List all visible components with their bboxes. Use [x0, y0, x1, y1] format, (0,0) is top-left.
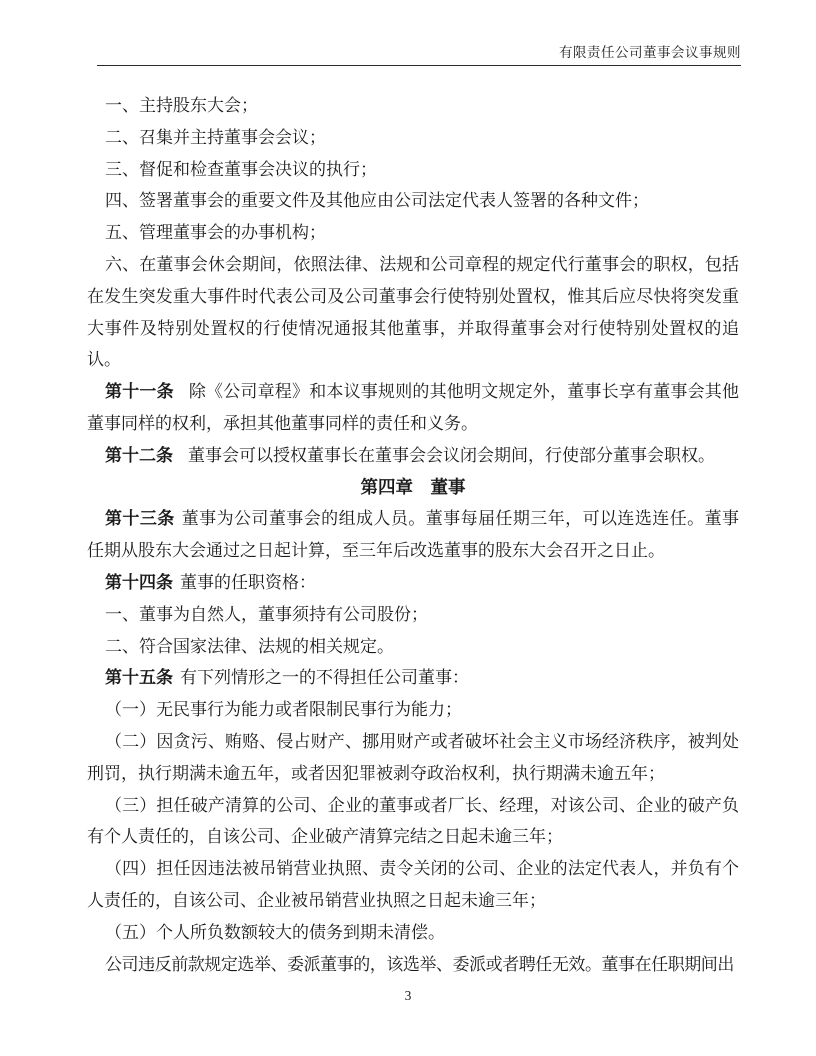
article-14-number: 第十四条	[105, 573, 173, 592]
article-13-number: 第十三条	[105, 509, 175, 528]
article-13: 第十三条董事为公司董事会的组成人员。董事每届任期三年，可以连选连任。董事任期从股…	[87, 503, 739, 567]
article-12-text: 董事会可以授权董事长在董事会会议闭会期间，行使部分董事会职权。	[188, 446, 715, 465]
chapter-heading: 第四章 董事	[87, 472, 739, 504]
document-body: 一、主持股东大会； 二、召集并主持董事会会议； 三、督促和检查董事会决议的执行；…	[87, 90, 739, 980]
article-11-number: 第十一条	[105, 382, 174, 401]
document-page: 有限责任公司董事会议事规则 一、主持股东大会； 二、召集并主持董事会会议； 三、…	[0, 0, 816, 1056]
article-15: 第十五条有下列情形之一的不得担任公司董事：	[87, 662, 739, 694]
duty-item-6: 六、在董事会休会期间，依照法律、法规和公司章程的规定代行董事会的职权，包括在发生…	[87, 249, 739, 376]
page-number: 3	[405, 988, 412, 1003]
clause-3: （三）担任破产清算的公司、企业的董事或者厂长、经理，对该公司、企业的破产负有个人…	[87, 790, 739, 854]
article-11: 第十一条除《公司章程》和本议事规则的其他明文规定外，董事长享有董事会其他董事同样…	[87, 376, 739, 440]
article-14: 第十四条董事的任职资格：	[87, 567, 739, 599]
duty-item-3: 三、督促和检查董事会决议的执行；	[87, 154, 739, 186]
duty-item-4: 四、签署董事会的重要文件及其他应由公司法定代表人签署的各种文件；	[87, 185, 739, 217]
article-15-text: 有下列情形之一的不得担任公司董事：	[180, 668, 469, 687]
clause-2: （二）因贪污、贿赂、侵占财产、挪用财产或者破坏社会主义市场经济秩序，被判处刑罚，…	[87, 726, 739, 790]
page-footer: 3	[0, 988, 816, 1004]
page-header: 有限责任公司董事会议事规则	[97, 43, 741, 66]
qualification-item-1: 一、董事为自然人，董事须持有公司股份；	[87, 599, 739, 631]
article-15-number: 第十五条	[105, 668, 173, 687]
qualification-item-2: 二、符合国家法律、法规的相关规定。	[87, 631, 739, 663]
article-12-number: 第十二条	[105, 446, 173, 465]
clause-4: （四）担任因违法被吊销营业执照、责令关闭的公司、企业的法定代表人，并负有个人责任…	[87, 853, 739, 917]
closing-paragraph: 公司违反前款规定选举、委派董事的，该选举、委派或者聘任无效。董事在任职期间出	[87, 949, 739, 981]
article-12: 第十二条董事会可以授权董事长在董事会会议闭会期间，行使部分董事会职权。	[87, 440, 739, 472]
duty-item-2: 二、召集并主持董事会会议；	[87, 122, 739, 154]
header-title: 有限责任公司董事会议事规则	[559, 45, 741, 60]
clause-5: （五）个人所负数额较大的债务到期未清偿。	[87, 917, 739, 949]
article-11-text: 除《公司章程》和本议事规则的其他明文规定外，董事长享有董事会其他董事同样的权利，…	[87, 382, 739, 433]
article-14-text: 董事的任职资格：	[180, 573, 316, 592]
duty-item-5: 五、管理董事会的办事机构；	[87, 217, 739, 249]
duty-item-1: 一、主持股东大会；	[87, 90, 739, 122]
clause-1: （一）无民事行为能力或者限制民事行为能力；	[87, 694, 739, 726]
article-13-text: 董事为公司董事会的组成人员。董事每届任期三年，可以连选连任。董事任期从股东大会通…	[87, 509, 739, 560]
